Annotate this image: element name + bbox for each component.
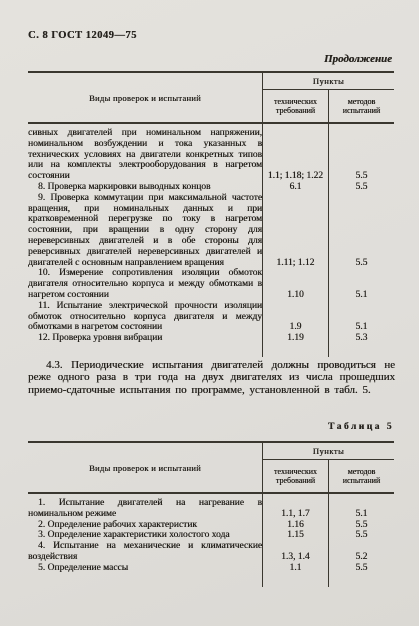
test-methods-value: 5.5 bbox=[328, 123, 394, 182]
tech-requirements-value: 1.11; 1.12 bbox=[263, 193, 329, 269]
clause-4-3: 4.3. Периодические испытания двигателей … bbox=[28, 359, 395, 396]
tech-requirements-value: 1.16 bbox=[263, 520, 329, 531]
row-text: 2. Определение рабочих характеристик bbox=[28, 520, 263, 531]
column-header-test-types: Виды проверок и испытаний bbox=[28, 442, 263, 493]
table-spacer-row bbox=[28, 344, 394, 357]
row-text: 9. Проверка коммутации при максимальной … bbox=[28, 193, 263, 269]
test-methods-value: 5.1 bbox=[328, 301, 394, 333]
tech-requirements-value: 1.19 bbox=[263, 333, 329, 344]
table-5: Виды проверок и испытаний Пункты техниче… bbox=[28, 441, 394, 587]
row-text: 1. Испытание двигателей на нагревание в … bbox=[28, 493, 263, 520]
row-text: 5. Определение массы bbox=[28, 563, 263, 574]
continuation-label: Продолжение bbox=[324, 53, 392, 65]
page-header: С. 8 ГОСТ 12049—75 bbox=[28, 30, 137, 41]
tech-requirements-value: 1.3, 1.4 bbox=[263, 541, 329, 563]
column-header-points: Пункты bbox=[263, 72, 395, 90]
table-row: 2. Определение рабочих характеристик 1.1… bbox=[28, 520, 394, 531]
document-page: С. 8 ГОСТ 12049—75 Продолжение Виды пров… bbox=[0, 0, 419, 626]
row-text: сивных двигателей при номинальном напряж… bbox=[28, 123, 263, 182]
row-text: 3. Определение характеристики холостого … bbox=[28, 530, 263, 541]
row-text: 8. Проверка маркировки выводных концов bbox=[28, 182, 263, 193]
table-row: 1. Испытание двигателей на нагревание в … bbox=[28, 493, 394, 520]
table-5-caption: Таблица 5 bbox=[28, 422, 394, 432]
test-methods-value: 5.5 bbox=[328, 520, 394, 531]
row-text: 4. Испытание на механические и климатиче… bbox=[28, 541, 263, 563]
test-methods-value: 5.2 bbox=[328, 541, 394, 563]
column-header-tech-requirements: технических требований bbox=[263, 460, 329, 494]
tech-requirements-value: 1.9 bbox=[263, 301, 329, 333]
table-row: 9. Проверка коммутации при максимальной … bbox=[28, 193, 394, 269]
continuation-table: Виды проверок и испытаний Пункты техниче… bbox=[28, 71, 394, 357]
table-row: 12. Проверка уровня вибрации 1.19 5.3 bbox=[28, 333, 394, 344]
table-row: 3. Определение характеристики холостого … bbox=[28, 530, 394, 541]
tech-requirements-value: 1.10 bbox=[263, 268, 329, 300]
table-row: 10. Измерение сопротивления изоляции обм… bbox=[28, 268, 394, 300]
test-methods-value: 5.5 bbox=[328, 182, 394, 193]
column-header-test-methods: методов испытаний bbox=[328, 90, 394, 124]
table-row: 4. Испытание на механические и климатиче… bbox=[28, 541, 394, 563]
test-methods-value: 5.5 bbox=[328, 530, 394, 541]
row-text: 12. Проверка уровня вибрации bbox=[28, 333, 263, 344]
test-methods-value: 5.1 bbox=[328, 493, 394, 520]
table-spacer-row bbox=[28, 574, 394, 587]
tech-requirements-value: 6.1 bbox=[263, 182, 329, 193]
table-row: 5. Определение массы 1.1 5.5 bbox=[28, 563, 394, 574]
test-methods-value: 5.5 bbox=[328, 193, 394, 269]
column-header-tech-requirements: технических требований bbox=[263, 90, 329, 124]
column-header-points: Пункты bbox=[263, 442, 395, 460]
tech-requirements-value: 1.1; 1.18; 1.22 bbox=[263, 123, 329, 182]
test-methods-value: 5.1 bbox=[328, 268, 394, 300]
row-text: 10. Измерение сопротивления изоляции обм… bbox=[28, 268, 263, 300]
row-text: 11. Испытание электрической прочности из… bbox=[28, 301, 263, 333]
table-row: 11. Испытание электрической прочности из… bbox=[28, 301, 394, 333]
tech-requirements-value: 1.1 bbox=[263, 563, 329, 574]
column-header-test-types: Виды проверок и испытаний bbox=[28, 72, 263, 123]
table-row: 8. Проверка маркировки выводных концов 6… bbox=[28, 182, 394, 193]
test-methods-value: 5.3 bbox=[328, 333, 394, 344]
test-methods-value: 5.5 bbox=[328, 563, 394, 574]
tech-requirements-value: 1.1, 1.7 bbox=[263, 493, 329, 520]
table-row: сивных двигателей при номинальном напряж… bbox=[28, 123, 394, 182]
column-header-test-methods: методов испытаний bbox=[328, 460, 394, 494]
tech-requirements-value: 1.15 bbox=[263, 530, 329, 541]
